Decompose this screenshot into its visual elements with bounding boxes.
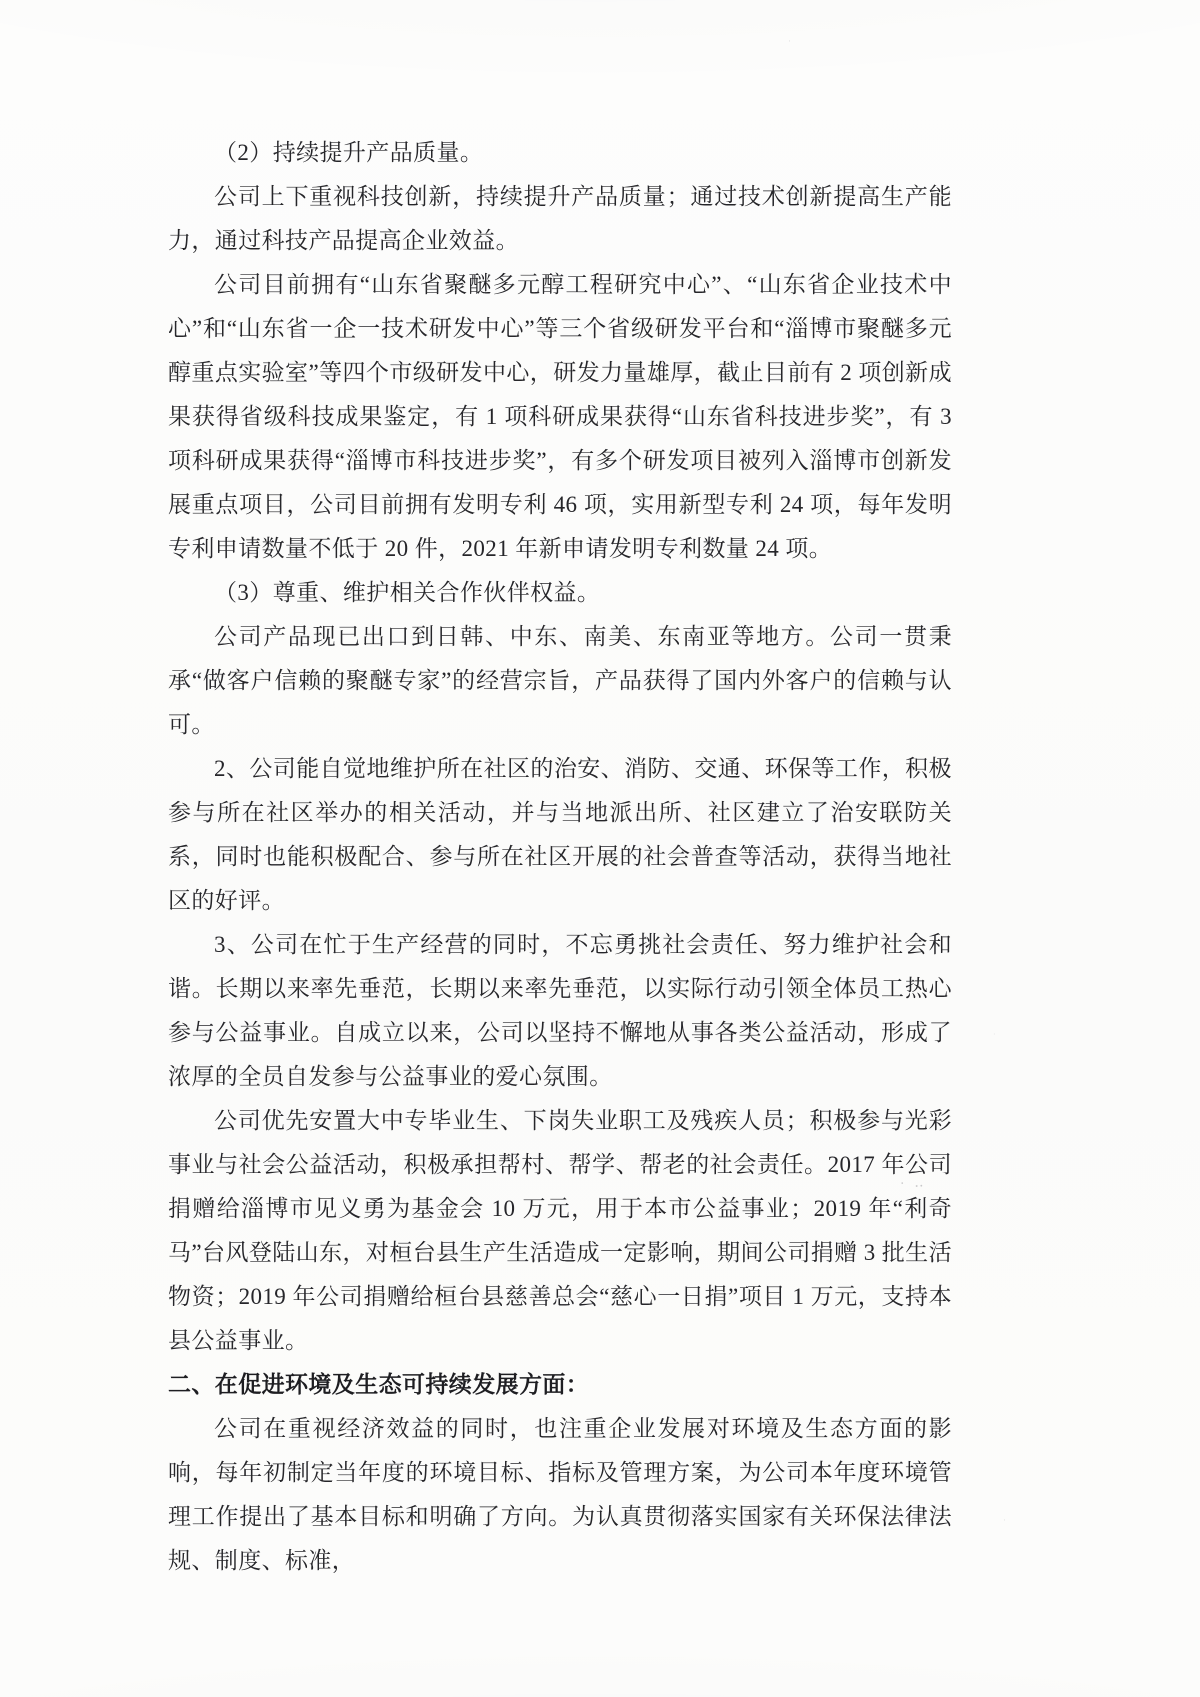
paragraph: 公司目前拥有“山东省聚醚多元醇工程研究中心”、“山东省企业技术中心”和“山东省一… (168, 263, 952, 571)
paragraph: 3、公司在忙于生产经营的同时，不忘勇挑社会责任、努力维护社会和谐。长期以来率先垂… (168, 923, 952, 1099)
paragraph: 公司在重视经济效益的同时，也注重企业发展对环境及生态方面的影响，每年初制定当年度… (168, 1407, 952, 1583)
paragraph: （3）尊重、维护相关合作伙伴权益。 (168, 571, 952, 615)
scan-speck: · (993, 1030, 999, 1039)
scanned-document-page: （2）持续提升产品质量。公司上下重视科技创新，持续提升产品质量；通过技术创新提高… (0, 0, 1200, 1697)
section-heading: 二、在促进环境及生态可持续发展方面： (168, 1363, 952, 1407)
document-body: （2）持续提升产品质量。公司上下重视科技创新，持续提升产品质量；通过技术创新提高… (168, 131, 952, 1583)
paragraph: 公司上下重视科技创新，持续提升产品质量；通过技术创新提高生产能力，通过科技产品提… (168, 175, 952, 263)
paragraph: 2、公司能自觉地维护所在社区的治安、消防、交通、环保等工作，积极参与所在社区举办… (168, 747, 952, 923)
paragraph: （2）持续提升产品质量。 (168, 131, 952, 175)
paragraph: 公司优先安置大中专毕业生、下岗失业职工及残疾人员；积极参与光彩事业与社会公益活动… (168, 1099, 952, 1363)
scan-speck: · (788, 36, 794, 46)
paragraph: 公司产品现已出口到日韩、中东、南美、东南亚等地方。公司一贯秉承“做客户信赖的聚醚… (168, 615, 952, 747)
scan-speck: · (1003, 1515, 1009, 1525)
